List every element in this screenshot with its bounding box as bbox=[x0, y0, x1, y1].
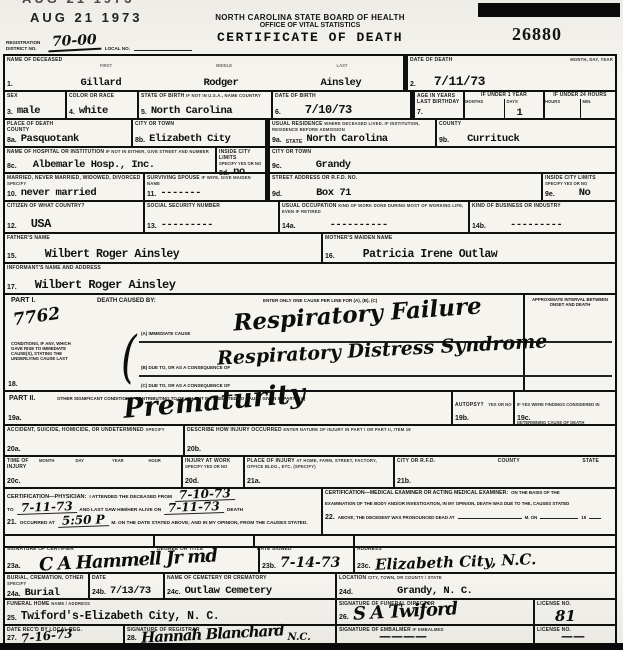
part1-body: PART I. DEATH CAUSED BY: ENTER ONLY ONE … bbox=[5, 295, 615, 390]
under-one-year-days: DAYS 1 bbox=[505, 99, 546, 119]
field-burial-date: DATE 24b. 7/13/73 bbox=[90, 574, 165, 598]
field-burial: BURIAL, CREMATION, OTHER SPECIFY 24a. Bu… bbox=[5, 574, 90, 598]
field-sex: SEX 3.male bbox=[5, 92, 67, 118]
field-funeral-director: SIGNATURE OF FUNERAL DIRECTOR 26. S A Tw… bbox=[337, 600, 535, 624]
registrar-suffix: N.C. bbox=[287, 632, 310, 643]
examiner-cert-label: CERTIFICATION—MEDICAL EXAMINER OR ACTING… bbox=[325, 490, 508, 498]
field-father: FATHER'S NAME 15. Wilbert Roger Ainsley bbox=[5, 234, 323, 262]
certification-physician: CERTIFICATION—PHYSICIAN: I ATTENDED THE … bbox=[5, 489, 323, 534]
certificate-title: CERTIFICATE OF DEATH bbox=[185, 30, 435, 45]
registration-district-label: REGISTRATION DISTRICT NO. bbox=[6, 40, 44, 51]
field-age: AGE IN YEARS LAST BIRTHDAY 7. bbox=[412, 92, 465, 118]
field-mother: MOTHER'S MAIDEN NAME 16. Patricia Irene … bbox=[323, 234, 615, 262]
field-burial-location: LOCATION CITY, TOWN, OR COUNTY / STATE 2… bbox=[337, 574, 615, 598]
field-date-of-birth: DATE OF BIRTH 6. 7/10/73 bbox=[273, 92, 412, 118]
handwritten-code: 7762 bbox=[12, 304, 62, 330]
field-under-24-hours: IF UNDER 24 HOURS HOURS MIN. bbox=[545, 92, 615, 118]
local-no-blank bbox=[134, 42, 192, 51]
field-pod-county: PLACE OF DEATH COUNTY 8a. Pasquotank bbox=[5, 120, 133, 146]
field-cemetery: NAME OF CEMETERY OR CREMATORY 24c. Outla… bbox=[165, 574, 337, 598]
field-informant: INFORMANT'S NAME AND ADDRESS 17. Wilbert… bbox=[5, 264, 615, 293]
field-under-one-year: IF UNDER 1 YEAR MONTHS DAYS 1 bbox=[465, 92, 545, 118]
certification-medical-examiner: CERTIFICATION—MEDICAL EXAMINER OR ACTING… bbox=[323, 489, 615, 534]
field-accident: ACCIDENT, SUICIDE, HOMICIDE, OR UNDETERM… bbox=[5, 426, 185, 455]
field-residence-county: COUNTY 9b. Currituck bbox=[437, 120, 615, 146]
certification-block: CERTIFICATION—PHYSICIAN: I ATTENDED THE … bbox=[5, 489, 615, 548]
field-injury-location: CITY OR R.F.D. COUNTY STATE 21b. bbox=[395, 457, 615, 487]
field-state-of-birth: STATE OF BIRTH IF NOT IN U.S.A., NAME CO… bbox=[139, 92, 273, 118]
field-industry: KIND OF BUSINESS OR INDUSTRY 14b. ------… bbox=[470, 202, 615, 232]
board-name: NORTH CAROLINA STATE BOARD OF HEALTH bbox=[185, 13, 435, 22]
pronounced-year-blank bbox=[589, 510, 601, 519]
last-alive-date: 7-11-73 bbox=[164, 502, 224, 515]
certifier-signature: C A Hammell Jr md bbox=[38, 545, 217, 575]
field-director-license: LICENSE NO. 81 bbox=[535, 600, 615, 624]
pronounced-time-blank bbox=[458, 510, 522, 519]
under-24-hours-min: MIN. bbox=[581, 99, 618, 119]
certifier-header-strip: SIGNATURE OF CERTIFIER DEGREE OR TITLE D… bbox=[5, 534, 615, 546]
cause-underlying: Respiratory Distress Syndrome bbox=[217, 330, 548, 369]
row-citizen: CITIZEN OF WHAT COUNTRY? 12. USA SOCIAL … bbox=[5, 202, 615, 234]
part2-label: PART II. bbox=[9, 395, 35, 402]
date-signed-value: 7-14-73 bbox=[280, 555, 340, 571]
part1-cause-of-death: PART I. DEATH CAUSED BY: ENTER ONLY ONE … bbox=[5, 295, 615, 392]
row-certifier-signature: 23a. C A Hammell Jr md 23b. 7-14-73 23c.… bbox=[5, 548, 615, 574]
row-parents: FATHER'S NAME 15. Wilbert Roger Ainsley … bbox=[5, 234, 615, 264]
registration-district-line: REGISTRATION DISTRICT NO. 70-00 LOCAL NO… bbox=[6, 33, 192, 51]
row-hospital: NAME OF HOSPITAL OR INSTITUTION IF NOT I… bbox=[5, 148, 615, 174]
time-of-death: 5:50 P bbox=[57, 516, 108, 528]
field-marital: MARRIED, NEVER MARRIED, WIDOWED, DIVORCE… bbox=[5, 174, 145, 200]
field-place-of-injury: PLACE OF INJURY AT HOME, FARM, STREET, F… bbox=[245, 457, 395, 487]
certificate-number: 26880 bbox=[512, 24, 562, 45]
field-date-of-death: DATE OF DEATH MONTH, DAY, YEAR 2. 7/11/7… bbox=[405, 56, 615, 90]
certifier-address: Elizabeth City, N.C. bbox=[374, 550, 536, 574]
embalmer-license-dash: —— bbox=[561, 629, 585, 643]
field-certifier-address: 23c. Elizabeth City, N.C. bbox=[355, 548, 615, 572]
field-how-injury: DESCRIBE HOW INJURY OCCURRED ENTER NATUR… bbox=[185, 426, 615, 455]
deceased-name-value: Gillard Rodger Ainsley bbox=[41, 77, 401, 89]
certificate-header: NORTH CAROLINA STATE BOARD OF HEALTH OFF… bbox=[185, 13, 435, 45]
field-street-address: STREET ADDRESS OR R.F.D. No. 9d. Box 71 bbox=[267, 174, 543, 200]
local-no-label: LOCAL NO. bbox=[105, 46, 130, 51]
stamp-date-cut: AUG 21 1973 bbox=[22, 0, 135, 6]
field-hospital: NAME OF HOSPITAL OR INSTITUTION IF NOT I… bbox=[5, 148, 217, 172]
field-residence-inside-city: INSIDE CITY LIMITS SPECIFY YES OR NO 9e.… bbox=[543, 174, 615, 200]
certificate-form: NAME OF DECEASED FIRST MIDDLE LAST 1. Gi… bbox=[3, 54, 617, 646]
row-injury: TIME OF INJURY MONTH DAY YEAR HOUR 20c. … bbox=[5, 457, 615, 489]
field-date-signed: 23b. 7-14-73 bbox=[260, 548, 355, 572]
conditions-note: CONDITIONS, IF ANY, WHICH GAVE RISE TO I… bbox=[11, 341, 73, 361]
pronounced-date-blank bbox=[540, 510, 578, 519]
field-occupation: USUAL OCCUPATION KIND OF WORK DONE DURIN… bbox=[280, 202, 470, 232]
field-injury-at-work: INJURY AT WORK SPECIFY YES OR NO 20d. bbox=[183, 457, 245, 487]
row-sex-race-birth: SEX 3.male COLOR OR RACE 4.white STATE O… bbox=[5, 92, 615, 120]
cutoff-header-text: NORTH CAROLINA STATE BOARD OF HEALTH bbox=[190, 0, 405, 5]
row-burial: BURIAL, CREMATION, OTHER SPECIFY 24a. Bu… bbox=[5, 574, 615, 600]
funeral-director-signature: S A Twiford bbox=[352, 598, 457, 624]
part2-other-conditions: PART II. OTHER SIGNIFICANT CONDITIONS: C… bbox=[5, 392, 615, 426]
part1-num: 18. bbox=[8, 381, 18, 389]
line-a-label: (a) IMMEDIATE CAUSE bbox=[141, 331, 190, 336]
registration-district-number: 70-00 bbox=[48, 32, 102, 53]
top-right-black-bar bbox=[478, 3, 620, 17]
field-race: COLOR OR RACE 4.white bbox=[67, 92, 139, 118]
part1-label: PART I. bbox=[11, 297, 35, 304]
field-autopsy-findings: IF YES WERE FINDINGS CONSIDERED IN DETER… bbox=[513, 392, 615, 424]
field-deceased-name: NAME OF DECEASED FIRST MIDDLE LAST 1. Gi… bbox=[5, 56, 405, 90]
under-one-year-months: MONTHS bbox=[463, 99, 505, 119]
field-residence-state: USUAL RESIDENCE WHERE DECEASED LIVED. IF… bbox=[267, 120, 437, 146]
death-certificate-scan: AUG 21 1973 NORTH CAROLINA STATE BOARD O… bbox=[0, 0, 623, 650]
received-stamp-cutoff: AUG 21 1973 bbox=[22, 0, 135, 6]
field-citizen: CITIZEN OF WHAT COUNTRY? 12. USA bbox=[5, 202, 145, 232]
line-b-rule bbox=[139, 375, 612, 377]
under-24-hours-hours: HOURS bbox=[543, 99, 581, 119]
field-spouse: SURVIVING SPOUSE IF WIFE, GIVE MAIDEN NA… bbox=[145, 174, 267, 200]
field-time-of-injury: TIME OF INJURY MONTH DAY YEAR HOUR 20c. bbox=[5, 457, 183, 487]
row-informant: INFORMANT'S NAME AND ADDRESS 17. Wilbert… bbox=[5, 264, 615, 295]
received-date-stamp: AUG 21 1973 bbox=[30, 9, 143, 27]
director-license-no: 81 bbox=[555, 607, 576, 625]
field-hospital-inside-city: INSIDE CITY LIMITS SPECIFY YES OR NO 8d.… bbox=[217, 148, 267, 172]
part2-body: PART II. OTHER SIGNIFICANT CONDITIONS: C… bbox=[5, 392, 615, 424]
date-of-death-value: 7/11/73 bbox=[434, 74, 485, 89]
field-pod-city: CITY OR TOWN 8b. Elizabeth City bbox=[133, 120, 267, 146]
field-ssn: SOCIAL SECURITY NUMBER 13. --------- bbox=[145, 202, 280, 232]
office-name: OFFICE OF VITAL STATISTICS bbox=[185, 22, 435, 29]
embalmer-dash: ———— bbox=[379, 629, 427, 643]
row-marital: MARRIED, NEVER MARRIED, WIDOWED, DIVORCE… bbox=[5, 174, 615, 202]
row-place-of-death: PLACE OF DEATH COUNTY 8a. Pasquotank CIT… bbox=[5, 120, 615, 148]
days-value: 1 bbox=[507, 107, 544, 119]
row-name: NAME OF DECEASED FIRST MIDDLE LAST 1. Gi… bbox=[5, 56, 615, 92]
part1-caused-by-label: DEATH CAUSED BY: bbox=[97, 298, 156, 304]
field-autopsy: AUTOPSY? YES OR NO 19b. bbox=[451, 392, 519, 424]
field-residence-city: CITY OR TOWN 9c. Grandy bbox=[267, 148, 615, 172]
row-accident: ACCIDENT, SUICIDE, HOMICIDE, OR UNDETERM… bbox=[5, 426, 615, 457]
row-funeral-home: FUNERAL HOME NAME / ADDRESS 25. Twiford'… bbox=[5, 600, 615, 626]
handwritten-bracket: ( bbox=[121, 326, 137, 390]
bottom-black-bar bbox=[0, 643, 623, 650]
field-certifier-signature: 23a. C A Hammell Jr md bbox=[5, 548, 260, 572]
field-funeral-home: FUNERAL HOME NAME / ADDRESS 25. Twiford'… bbox=[5, 600, 337, 624]
